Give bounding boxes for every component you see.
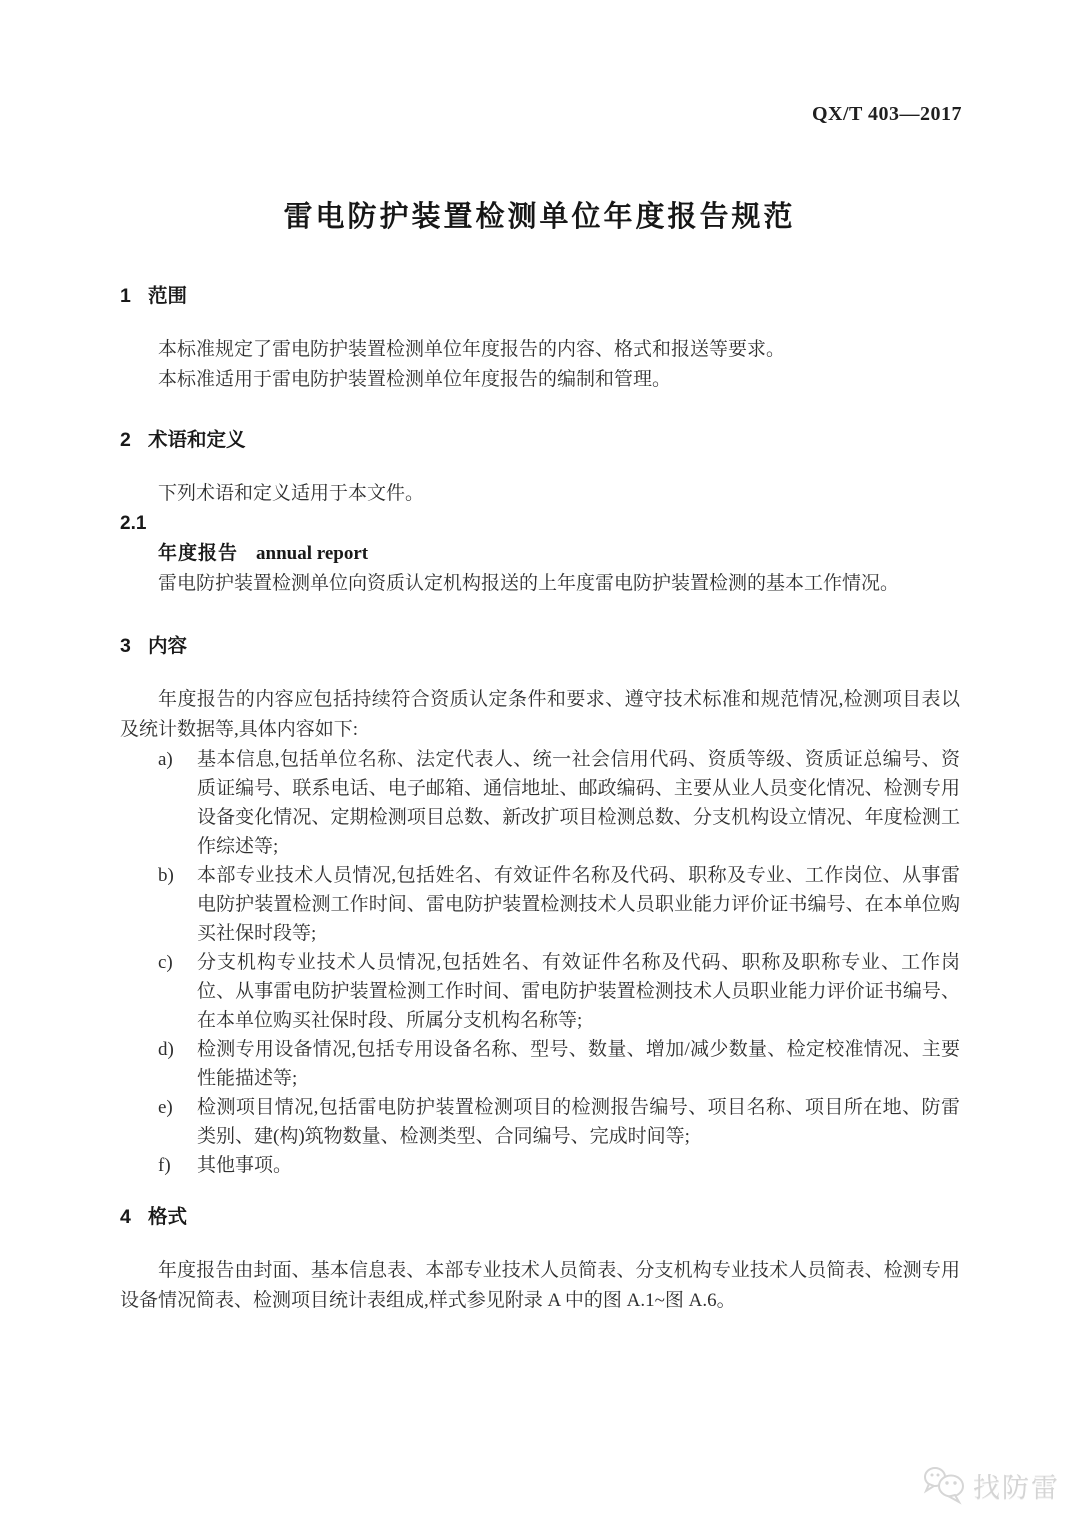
section-title: 术语和定义 xyxy=(148,427,246,453)
term-definition: 雷电防护装置检测单位向资质认定机构报送的上年度雷电防护装置检测的基本工作情况。 xyxy=(120,569,960,599)
document-body: 1 范围 本标准规定了雷电防护装置检测单位年度报告的内容、格式和报送等要求。 本… xyxy=(120,283,960,1316)
section-scope: 1 范围 本标准规定了雷电防护装置检测单位年度报告的内容、格式和报送等要求。 本… xyxy=(120,283,960,395)
term-name-english: annual report xyxy=(256,543,368,564)
section-heading: 1 范围 xyxy=(120,283,960,309)
section-number: 2 xyxy=(120,427,148,453)
section-title: 格式 xyxy=(148,1204,187,1230)
list-item-label: c) xyxy=(158,948,197,1035)
term-number: 2.1 xyxy=(120,509,960,539)
section-heading: 2 术语和定义 xyxy=(120,427,960,453)
list-item-text: 检测项目情况,包括雷电防护装置检测项目的检测报告编号、项目名称、项目所在地、防雷… xyxy=(197,1093,960,1151)
list-item: d) 检测专用设备情况,包括专用设备名称、型号、数量、增加/减少数量、检定校准情… xyxy=(120,1035,960,1093)
list-item: a) 基本信息,包括单位名称、法定代表人、统一社会信用代码、资质等级、资质证总编… xyxy=(120,745,960,861)
paragraph: 年度报告的内容应包括持续符合资质认定条件和要求、遵守技术标准和规范情况,检测项目… xyxy=(120,685,960,745)
section-title: 范围 xyxy=(148,283,187,309)
list-item-text: 基本信息,包括单位名称、法定代表人、统一社会信用代码、资质等级、资质证总编号、资… xyxy=(197,745,960,861)
list-item-label: b) xyxy=(158,861,197,948)
list-item: e) 检测项目情况,包括雷电防护装置检测项目的检测报告编号、项目名称、项目所在地… xyxy=(120,1093,960,1151)
list-item-label: f) xyxy=(158,1151,197,1180)
list-item: b) 本部专业技术人员情况,包括姓名、有效证件名称及代码、职称及专业、工作岗位、… xyxy=(120,861,960,948)
list-item-label: e) xyxy=(158,1093,197,1151)
section-format: 4 格式 年度报告由封面、基本信息表、本部专业技术人员简表、分支机构专业技术人员… xyxy=(120,1204,960,1316)
section-title: 内容 xyxy=(148,633,187,659)
document-page: QX/T 403—2017 雷电防护装置检测单位年度报告规范 1 范围 本标准规… xyxy=(0,0,1079,1527)
section-content: 3 内容 年度报告的内容应包括持续符合资质认定条件和要求、遵守技术标准和规范情况… xyxy=(120,633,960,1180)
term-name-chinese: 年度报告 xyxy=(158,543,238,564)
list-item: c) 分支机构专业技术人员情况,包括姓名、有效证件名称及代码、职称及职称专业、工… xyxy=(120,948,960,1035)
section-terms: 2 术语和定义 下列术语和定义适用于本文件。 2.1 年度报告annual re… xyxy=(120,427,960,599)
watermark-text: 找防雷 xyxy=(973,1466,1060,1505)
term-entry: 年度报告annual report xyxy=(120,539,960,569)
section-number: 4 xyxy=(120,1204,148,1230)
list-item-label: d) xyxy=(158,1035,197,1093)
list-item-label: a) xyxy=(158,745,197,861)
list-item-text: 分支机构专业技术人员情况,包括姓名、有效证件名称及代码、职称及职称专业、工作岗位… xyxy=(197,948,960,1035)
list-item-text: 本部专业技术人员情况,包括姓名、有效证件名称及代码、职称及专业、工作岗位、从事雷… xyxy=(197,861,960,948)
paragraph: 下列术语和定义适用于本文件。 xyxy=(120,479,960,509)
list-item: f) 其他事项。 xyxy=(120,1151,960,1180)
list-item-text: 检测专用设备情况,包括专用设备名称、型号、数量、增加/减少数量、检定校准情况、主… xyxy=(197,1035,960,1093)
wechat-icon xyxy=(922,1465,968,1505)
paragraph: 年度报告由封面、基本信息表、本部专业技术人员简表、分支机构专业技术人员简表、检测… xyxy=(120,1256,960,1316)
ordered-item-list: a) 基本信息,包括单位名称、法定代表人、统一社会信用代码、资质等级、资质证总编… xyxy=(120,745,960,1180)
paragraph: 本标准适用于雷电防护装置检测单位年度报告的编制和管理。 xyxy=(120,365,960,395)
section-number: 1 xyxy=(120,283,148,309)
watermark: 找防雷 xyxy=(922,1465,1060,1505)
section-heading: 4 格式 xyxy=(120,1204,960,1230)
page-title: 雷电防护装置检测单位年度报告规范 xyxy=(0,194,1079,235)
section-number: 3 xyxy=(120,633,148,659)
section-heading: 3 内容 xyxy=(120,633,960,659)
list-item-text: 其他事项。 xyxy=(197,1151,960,1180)
standard-number: QX/T 403—2017 xyxy=(812,103,962,126)
paragraph: 本标准规定了雷电防护装置检测单位年度报告的内容、格式和报送等要求。 xyxy=(120,335,960,365)
